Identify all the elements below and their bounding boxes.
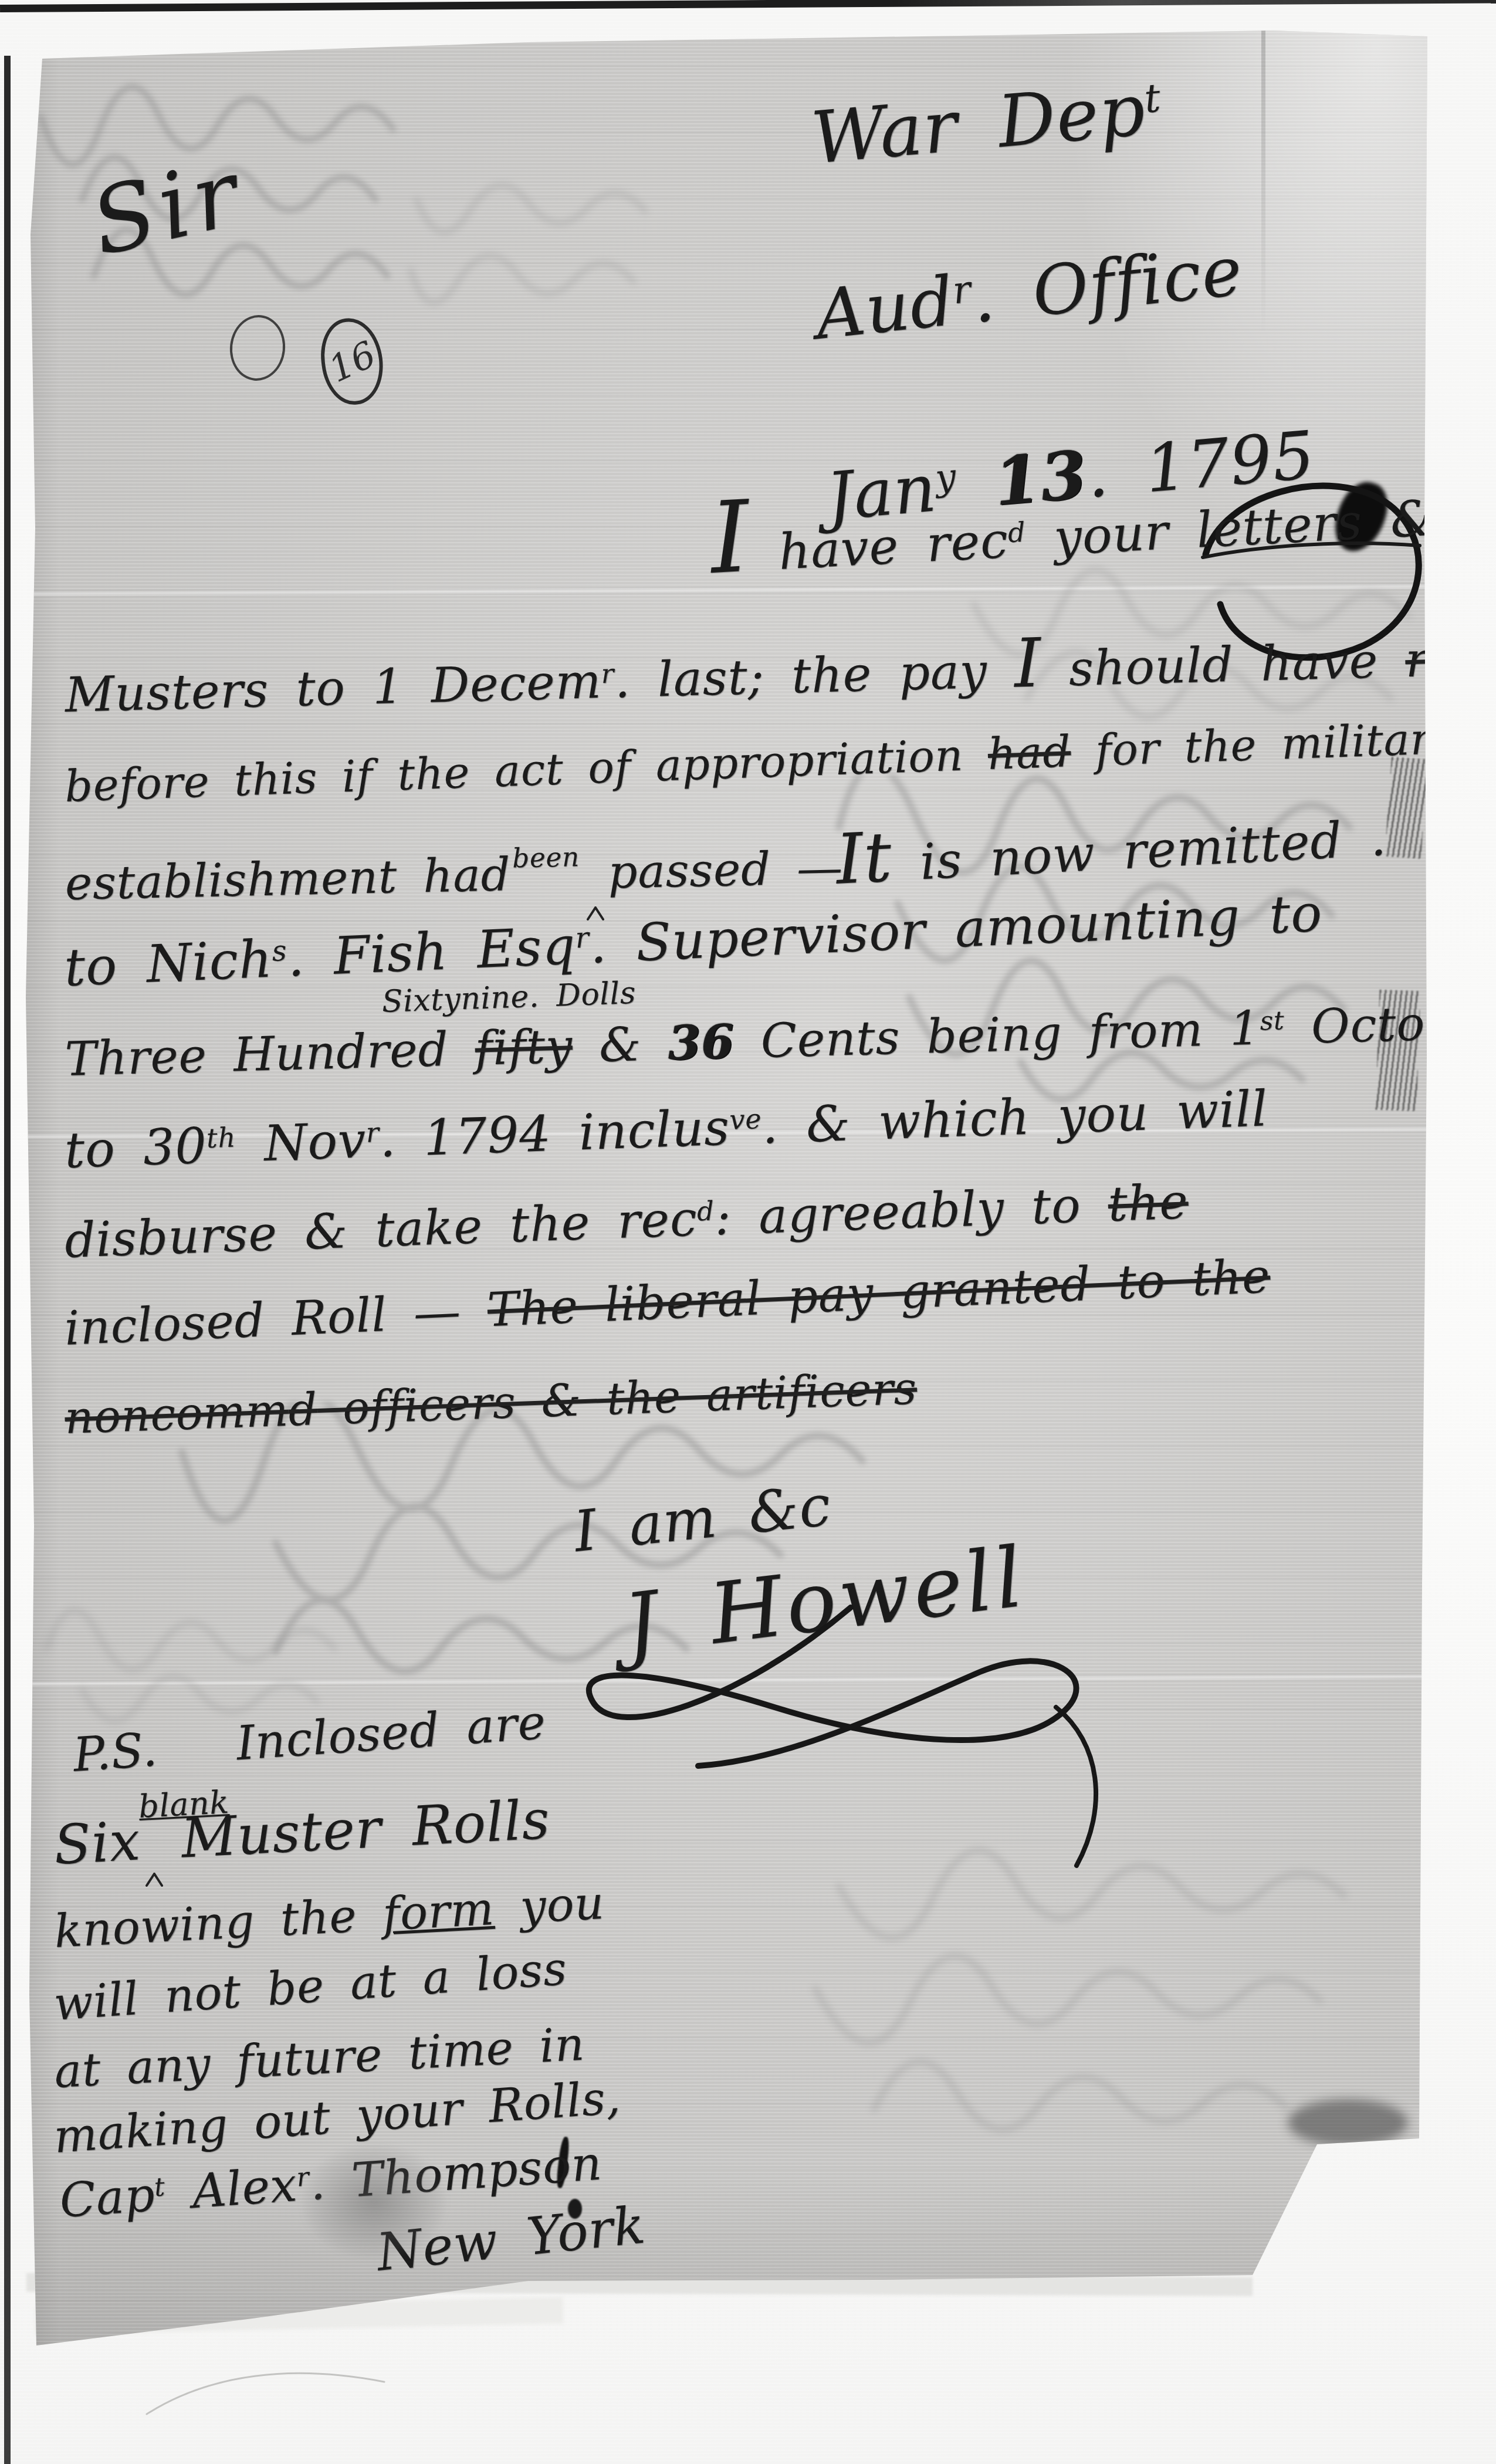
body-line: disburse & take the recd: agreeably to t…: [64, 1174, 1189, 1269]
handwriting-segment: Musters to 1 Decem: [65, 654, 603, 723]
handwriting-segment: st: [1260, 1006, 1285, 1036]
handwriting-segment: Six: [52, 1809, 142, 1877]
handwriting-segment: to Nich: [63, 929, 274, 998]
body-line: to 30th Novr. 1794 inclusve. & which you…: [64, 1079, 1269, 1179]
handwriting-segment: . 1794 inclus: [378, 1098, 730, 1168]
scanned-letter-page: War Dept Audr. Office Jany 13. 1795 Sir …: [0, 0, 1496, 2464]
page-number: 16: [322, 332, 382, 391]
handwriting-segment: Muster Rolls: [180, 1788, 551, 1870]
ink-scratch: [1375, 990, 1420, 1111]
handwriting-segment: knowing the: [53, 1888, 384, 1958]
handwriting-segment: s: [271, 935, 287, 968]
pencil-stroke: [141, 2358, 393, 2423]
edge-smudge: [1288, 2099, 1408, 2146]
handwriting-segment: the: [1107, 1174, 1189, 1233]
header-department: War Dept: [808, 66, 1166, 180]
handwriting-segment: . Office: [968, 231, 1246, 339]
caret-mark: [145, 1873, 163, 1887]
handwriting-segment: remitted: [1404, 627, 1496, 689]
handwriting-segment: disburse & take the rec: [64, 1191, 698, 1269]
handwriting-segment: 36: [667, 1014, 735, 1071]
handwriting-segment: been: [512, 841, 580, 874]
caret-mark: [587, 906, 604, 920]
handwriting-segment: d: [1007, 516, 1026, 549]
handwriting-segment: should have: [1041, 632, 1406, 698]
postscript-line: will not be at a loss: [52, 1942, 569, 2031]
handwriting-segment: &: [572, 1016, 669, 1073]
handwriting-segment: will not be at a loss: [52, 1942, 569, 2031]
handwriting-segment: d: [287, 1383, 318, 1436]
handwriting-segment: r: [601, 658, 615, 690]
bleed-through-ghost: [405, 170, 657, 340]
handwriting-segment: . Fish Esq: [286, 915, 577, 988]
handwriting-segment: The liberal pay granted to the: [486, 1248, 1271, 1337]
fold-crease-vertical: [1261, 31, 1265, 336]
handwriting-segment: Cap: [58, 2167, 157, 2228]
handwriting-segment: P.S.: [72, 1722, 160, 1782]
handwriting-segment: Aud: [812, 262, 958, 355]
bleed-through-ghost: [769, 1836, 1367, 2200]
scanner-edge-left: [4, 56, 11, 2464]
signature-flourish: [546, 1584, 1132, 1889]
postscript-line: SixMuster Rolls: [52, 1788, 551, 1877]
handwriting-segment: . last; the pay: [614, 643, 1015, 709]
handwriting-segment: t: [1142, 75, 1163, 121]
handwriting-segment: Alex: [164, 2157, 299, 2221]
header-office: Audr. Office: [812, 231, 1247, 355]
handwriting-segment: you: [493, 1877, 605, 1935]
handwriting-segment: It: [834, 817, 893, 900]
handwriting-segment: passed —: [581, 841, 843, 899]
handwriting-segment: r: [574, 921, 590, 955]
handwriting-segment: d: [696, 1196, 715, 1227]
handwriting-segment: form: [381, 1883, 496, 1941]
handwriting-segment: Nov: [235, 1111, 367, 1173]
fingerprint-smudge: [302, 2144, 446, 2259]
handwriting-segment: noncomm: [64, 1384, 289, 1444]
handwriting-segment: th: [206, 1121, 236, 1154]
handwriting-segment: Three Hundred: [65, 1021, 476, 1087]
handwriting-segment: inclosed Roll —: [63, 1283, 489, 1356]
handwriting-segment: to 30: [64, 1117, 208, 1179]
body-line: inclosed Roll — The liberal pay granted …: [63, 1248, 1271, 1356]
body-line: establishment hadbeen passed —: [65, 841, 843, 911]
letter-sheet: War Dept Audr. Office Jany 13. 1795 Sir …: [0, 0, 1496, 2464]
handwriting-segment: War Dep: [808, 68, 1149, 180]
ink-scratch: [1385, 757, 1428, 859]
handwriting-segment: fifty: [474, 1018, 573, 1075]
scanner-edge-top: [0, 0, 1496, 12]
handwriting-segment: : agreeably to: [713, 1177, 1109, 1246]
handwriting-segment: I: [708, 479, 753, 596]
handwriting-segment: I: [1013, 624, 1043, 703]
handwriting-segment: had: [987, 726, 1071, 780]
handwriting-segment: establishment had: [65, 848, 511, 911]
handwriting-segment: r: [365, 1116, 380, 1149]
handwriting-segment: ve: [729, 1103, 762, 1136]
